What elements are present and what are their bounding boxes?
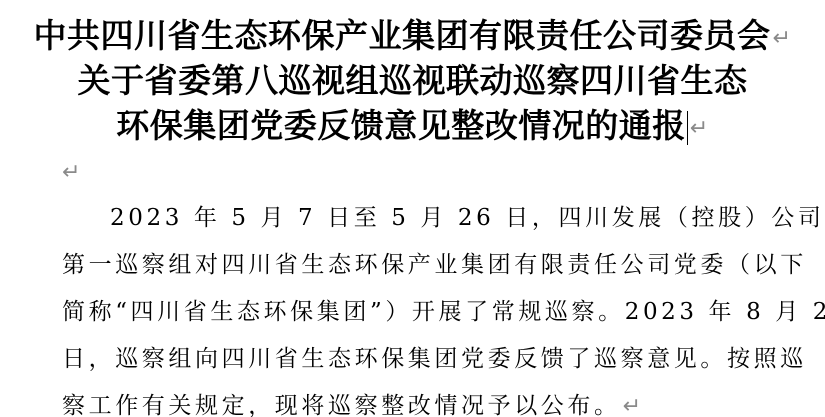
title-line-1-text: 中共四川省生态环保产业集团有限责任公司委员会 — [34, 16, 771, 55]
body-line-3: 简称“四川省生态环保集团”）开展了常规巡察。2023 年 8 月 23 — [62, 297, 766, 327]
paragraph-mark-icon: ↵ — [773, 16, 792, 61]
paragraph-mark-icon: ↵ — [62, 160, 80, 185]
body-line-2: 第一巡察组对四川省生态环保产业集团有限责任公司党委（以下 — [62, 250, 766, 280]
title-line-2: 关于省委第八巡视组巡视联动巡察四川省生态 — [0, 58, 825, 103]
body-line-1: 2023 年 5 月 7 日至 5 月 26 日，四川发展（控股）公司党委 — [110, 203, 766, 233]
body-line-4: 日，巡察组向四川省生态环保集团党委反馈了巡察意见。按照巡 — [62, 344, 766, 374]
body-line-5: 察工作有关规定，现将巡察整改情况予以公布。↵ — [62, 391, 766, 417]
title-line-3: 环保集团党委反馈意见整改情况的通报↵ — [0, 103, 825, 148]
empty-paragraph[interactable]: ↵ — [60, 160, 80, 184]
title-line-2-text: 关于省委第八巡视组巡视联动巡察四川省生态 — [78, 61, 748, 100]
text-cursor — [687, 111, 688, 145]
body-line-5-text: 察工作有关规定，现将巡察整改情况予以公布。 — [62, 393, 621, 417]
title-line-3-text: 环保集团党委反馈意见整改情况的通报 — [116, 106, 686, 145]
document-page[interactable]: 中共四川省生态环保产业集团有限责任公司委员会↵ 关于省委第八巡视组巡视联动巡察四… — [0, 0, 825, 417]
paragraph-mark-icon: ↵ — [690, 106, 709, 151]
paragraph-mark-icon: ↵ — [623, 392, 645, 417]
title-line-1: 中共四川省生态环保产业集团有限责任公司委员会↵ — [0, 13, 825, 58]
